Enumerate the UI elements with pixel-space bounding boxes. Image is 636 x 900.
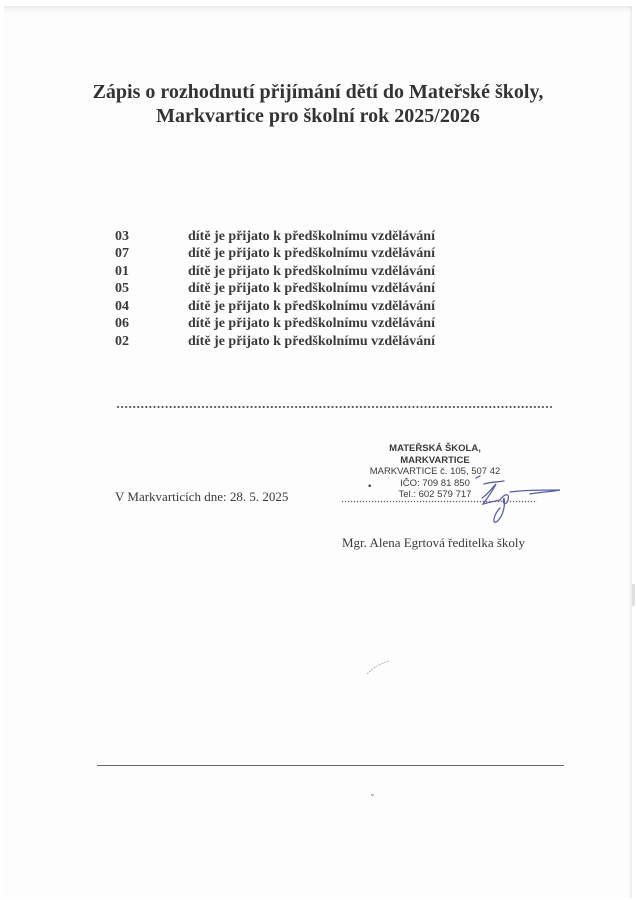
- decision-row: 01dítě je přijato k předškolnímu vzděláv…: [115, 263, 435, 281]
- child-code: 03: [115, 229, 188, 245]
- decision-status: dítě je přijato k předškolnímu vzděláván…: [188, 246, 435, 262]
- decision-status: dítě je přijato k předškolnímu vzděláván…: [188, 334, 435, 350]
- document-title: Zápis o rozhodnutí přijímání dětí do Mat…: [0, 80, 636, 128]
- stamp-school-name: MATEŘSKÁ ŠKOLA, MARKVARTICE: [360, 443, 510, 466]
- place-and-date: V Markvarticích dne: 28. 5. 2025: [115, 489, 288, 505]
- decision-status: dítě je přijato k předškolnímu vzděláván…: [188, 281, 435, 297]
- footer-rule: [97, 765, 564, 766]
- decision-list: 03dítě je přijato k předškolnímu vzděláv…: [115, 228, 435, 351]
- decision-row: 04dítě je přijato k předškolnímu vzděláv…: [115, 298, 435, 316]
- decision-status: dítě je přijato k předškolnímu vzděláván…: [188, 316, 435, 332]
- scan-speck: [371, 794, 374, 796]
- decision-row: 02dítě je přijato k předškolnímu vzděláv…: [115, 333, 435, 351]
- decision-row: 03dítě je přijato k předškolnímu vzděláv…: [115, 228, 435, 246]
- signer-name: Mgr. Alena Egrtová ředitelka školy: [342, 535, 525, 551]
- decision-row: 05dítě je přijato k předškolnímu vzděláv…: [115, 281, 435, 299]
- decision-status: dítě je přijato k předškolnímu vzděláván…: [188, 264, 435, 280]
- child-code: 01: [115, 264, 188, 280]
- title-line-2: Markvartice pro školní rok 2025/2026: [0, 104, 636, 128]
- child-code: 04: [115, 299, 188, 315]
- child-code: 02: [115, 334, 188, 350]
- dotted-divider: [116, 405, 552, 409]
- child-code: 07: [115, 246, 188, 262]
- child-code: 05: [115, 281, 188, 297]
- title-line-1: Zápis o rozhodnutí přijímání dětí do Mat…: [0, 80, 636, 104]
- handwritten-signature: [470, 470, 570, 525]
- bullet-dot: •: [368, 481, 371, 493]
- scan-smudge: [632, 584, 635, 606]
- stray-pen-mark: [365, 658, 393, 678]
- decision-row: 06dítě je přijato k předškolnímu vzděláv…: [115, 316, 435, 334]
- decision-row: 07dítě je přijato k předškolnímu vzděláv…: [115, 246, 435, 264]
- decision-status: dítě je přijato k předškolnímu vzděláván…: [188, 299, 435, 315]
- decision-status: dítě je přijato k předškolnímu vzděláván…: [188, 229, 435, 245]
- child-code: 06: [115, 316, 188, 332]
